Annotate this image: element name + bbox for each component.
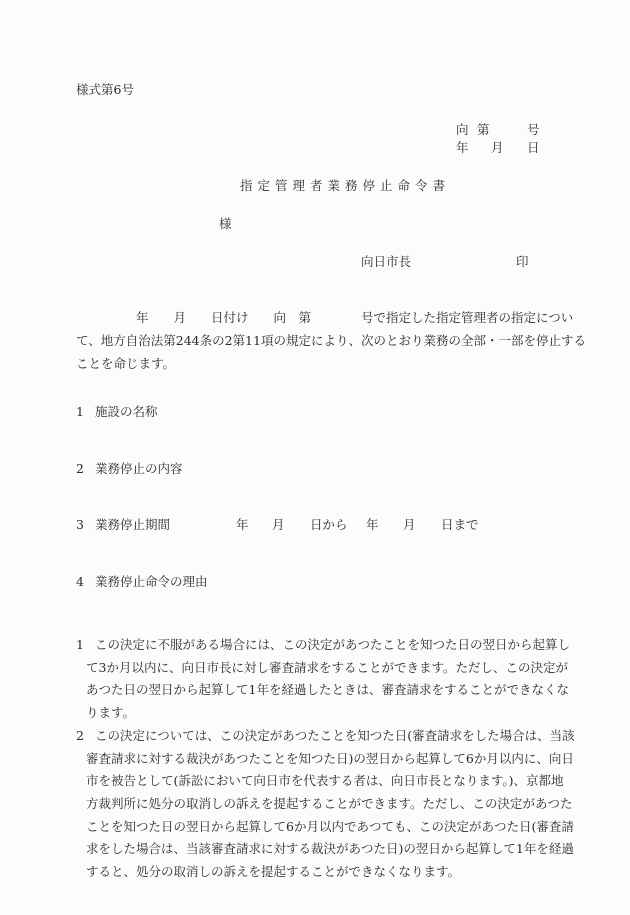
note-line: 2この決定については、この決定があつたことを知つた日(審査請求をした場合は、当該 bbox=[76, 725, 556, 748]
item-suspension-content: 2業務停止の内容 bbox=[76, 463, 183, 476]
period-to-day: 日まで bbox=[441, 519, 479, 532]
item-suspension-reason: 4業務停止命令の理由 bbox=[76, 576, 208, 589]
item-number: 1 bbox=[76, 406, 95, 419]
note-number: 1 bbox=[76, 634, 95, 657]
note-line: 方裁判所に処分の取消しの訴えを提起することができます。ただし、この決定があつた bbox=[86, 793, 556, 816]
note-line: ります。 bbox=[86, 702, 556, 725]
period-to-year: 年 bbox=[366, 519, 379, 532]
item-number: 4 bbox=[76, 576, 95, 589]
item-suspension-period: 3業務停止期間 bbox=[76, 519, 170, 532]
note-line: 審査請求に対する裁決があつたことを知つた日)の翌日から起算して6か月以内に、向日 bbox=[86, 748, 556, 771]
reference-dai: 第 bbox=[477, 124, 490, 137]
reference-go: 号 bbox=[527, 124, 540, 137]
period-to-month: 月 bbox=[403, 519, 416, 532]
suspension-period-dates: 年 月 日から 年 月 日まで bbox=[236, 519, 496, 535]
note-number: 2 bbox=[76, 725, 95, 748]
appeal-note-1: 1この決定に不服がある場合には、この決定があつたことを知つた日の翌日から起算し … bbox=[76, 634, 556, 725]
note-line: すると、処分の取消しの訴えを提起することができなくなります。 bbox=[86, 861, 556, 884]
addressee-suffix: 様 bbox=[219, 218, 232, 231]
date-month: 月 bbox=[491, 142, 504, 155]
date-day: 日 bbox=[527, 142, 540, 155]
item-number: 3 bbox=[76, 519, 95, 532]
issuer-name: 向日市長 bbox=[361, 256, 411, 269]
seal-mark: 印 bbox=[516, 256, 529, 269]
note-line: 市を被告として(訴訟において向日市を代表する者は、向日市長となります。)、京都地 bbox=[86, 770, 556, 793]
body-line-3: ことを命じます。 bbox=[76, 352, 556, 375]
item-label: 業務停止期間 bbox=[95, 517, 170, 532]
reference-prefix: 向 bbox=[456, 124, 469, 137]
note-line: て3か月以内に、向日市長に対し審査請求をすることができます。ただし、この決定が bbox=[86, 657, 556, 680]
item-facility-name: 1施設の名称 bbox=[76, 406, 158, 419]
body-line-2: て、地方自治法第244条の2第11項の規定により、次のとおり業務の全部・一部を停… bbox=[76, 329, 556, 352]
item-label: 施設の名称 bbox=[95, 404, 158, 419]
body-line-1: 年 月 日付け 向 第 号で指定した指定管理者の指定につい bbox=[76, 306, 556, 329]
note-line: あつた日の翌日から起算して1年を経過したときは、審査請求をすることができなくな bbox=[86, 679, 556, 702]
date-year: 年 bbox=[456, 142, 469, 155]
appeal-notes: 1この決定に不服がある場合には、この決定があつたことを知つた日の翌日から起算し … bbox=[76, 634, 556, 884]
period-from-year: 年 bbox=[236, 519, 249, 532]
note-text: この決定については、この決定があつたことを知つた日(審査請求をした場合は、当該 bbox=[95, 728, 575, 743]
period-from-month: 月 bbox=[272, 519, 285, 532]
order-body: 年 月 日付け 向 第 号で指定した指定管理者の指定につい て、地方自治法第24… bbox=[76, 306, 556, 375]
note-line: 求をした場合は、当該審査請求に対する裁決があつた日)の翌日から起算して1年を経過 bbox=[86, 838, 556, 861]
note-line: 1この決定に不服がある場合には、この決定があつたことを知つた日の翌日から起算し bbox=[76, 634, 556, 657]
item-label: 業務停止の内容 bbox=[95, 461, 183, 476]
appeal-note-2: 2この決定については、この決定があつたことを知つた日(審査請求をした場合は、当該… bbox=[76, 725, 556, 884]
document-title: 指定管理者業務停止命令書 bbox=[240, 180, 450, 193]
form-number: 様式第6号 bbox=[76, 84, 134, 97]
item-number: 2 bbox=[76, 463, 95, 476]
item-label: 業務停止命令の理由 bbox=[95, 574, 208, 589]
note-line: ことを知つた日の翌日から起算して6か月以内であつても、この決定があつた日(審査請 bbox=[86, 816, 556, 839]
note-text: この決定に不服がある場合には、この決定があつたことを知つた日の翌日から起算し bbox=[95, 637, 570, 652]
period-from-day: 日から bbox=[310, 519, 348, 532]
